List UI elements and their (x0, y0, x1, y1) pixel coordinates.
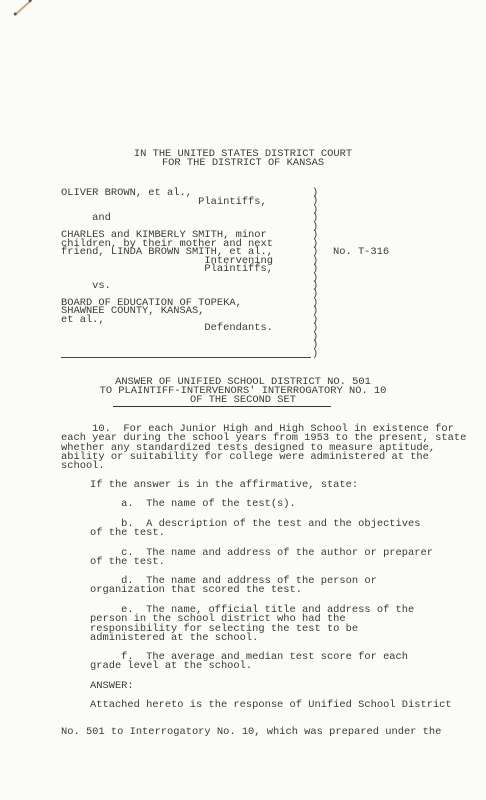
interrogatory-item-b: b. A description of the test and the obj… (90, 520, 420, 539)
document-title-line3: OF THE SECOND SET (0, 396, 486, 404)
interrogatory-paragraph: 10. For each Junior High and High School… (61, 425, 466, 471)
interrogatory-item-a: a. The name of the test(s). (90, 500, 296, 509)
answer-line1: Attached hereto is the response of Unifi… (90, 701, 452, 710)
interrogatory-item-f: f. The average and median test score for… (90, 653, 408, 672)
caption-line: Plaintiffs, (61, 265, 273, 273)
interrogatory-intro: If the answer is in the affirmative, sta… (90, 481, 358, 490)
caption-line: and (61, 214, 111, 222)
staple-mark (15, 1, 30, 15)
answer-line2: No. 501 to Interrogatory No. 10, which w… (61, 728, 441, 737)
caption-bracket-column: ) ) ) ) ) ) ) ) ) ) ) ) ) ) ) ) ) ) ) ) (312, 189, 318, 358)
answer-label: ANSWER: (90, 682, 134, 691)
caption-line: Defendants. (61, 324, 273, 332)
interrogatory-item-c: c. The name and address of the author or… (90, 549, 433, 568)
caption-line: vs. (61, 282, 111, 290)
caption-line: Plaintiffs, (61, 198, 267, 206)
court-name-line2: FOR THE DISTRICT OF KANSAS (0, 159, 486, 167)
caption-underline (61, 357, 311, 358)
case-number: No. T-316 (333, 248, 389, 256)
interrogatory-item-d: d. The name and address of the person or… (90, 577, 377, 596)
title-underline (113, 406, 331, 407)
interrogatory-item-e: e. The name, official title and address … (90, 606, 414, 643)
